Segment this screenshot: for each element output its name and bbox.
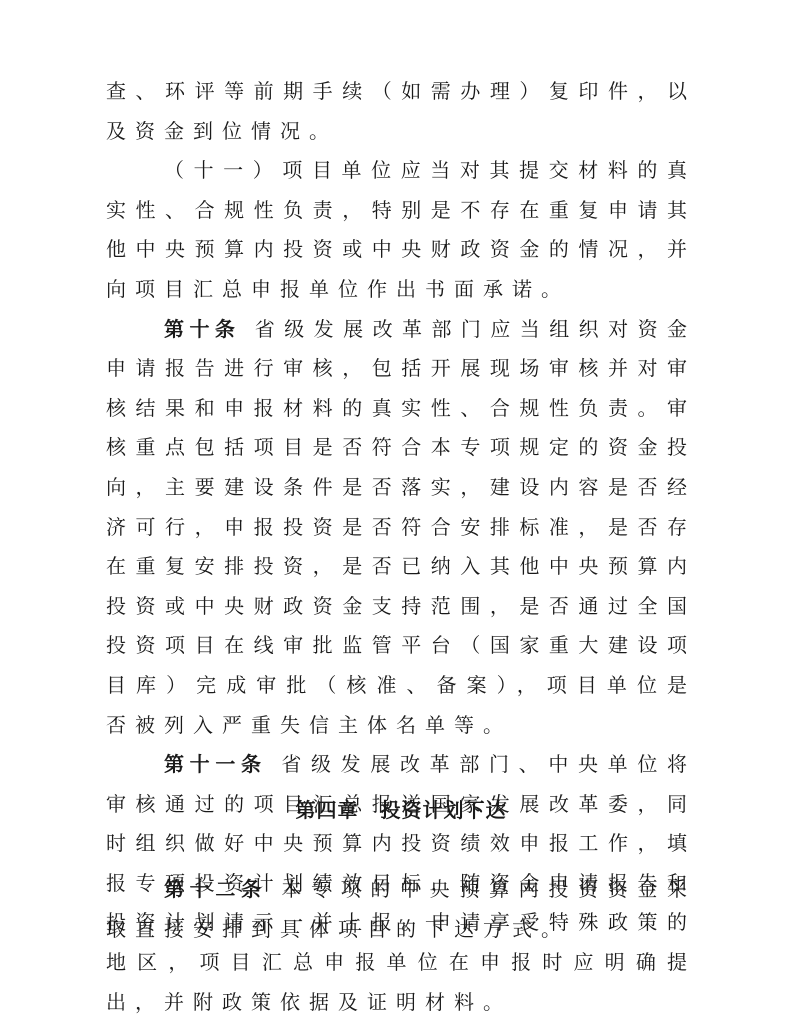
article-12-label: 第十二条 (164, 877, 267, 901)
chapter-title: 投资计划下达 (381, 798, 507, 822)
article-10-label: 第十条 (164, 317, 240, 341)
chapter-number: 第四章 (296, 798, 359, 822)
chapter-4-body: 第十二条本专项的中央预算内投资资金采取直接安排到具体项目的下达方式。 (106, 870, 696, 949)
paragraph-continuation: 查、环评等前期手续（如需办理）复印件，以及资金到位情况。 (106, 72, 696, 151)
chapter-heading: 第四章投资计划下达 (106, 795, 696, 825)
paragraph-item-11: （十一）项目单位应当对其提交材料的真实性、合规性负责，特别是不存在重复申请其他中… (106, 151, 696, 309)
article-12: 第十二条本专项的中央预算内投资资金采取直接安排到具体项目的下达方式。 (106, 870, 696, 949)
article-10-text: 省级发展改革部门应当组织对资金申请报告进行审核，包括开展现场审核并对审核结果和申… (106, 317, 696, 737)
article-11-label: 第十一条 (164, 752, 267, 776)
article-10: 第十条省级发展改革部门应当组织对资金申请报告进行审核，包括开展现场审核并对审核结… (106, 310, 696, 746)
